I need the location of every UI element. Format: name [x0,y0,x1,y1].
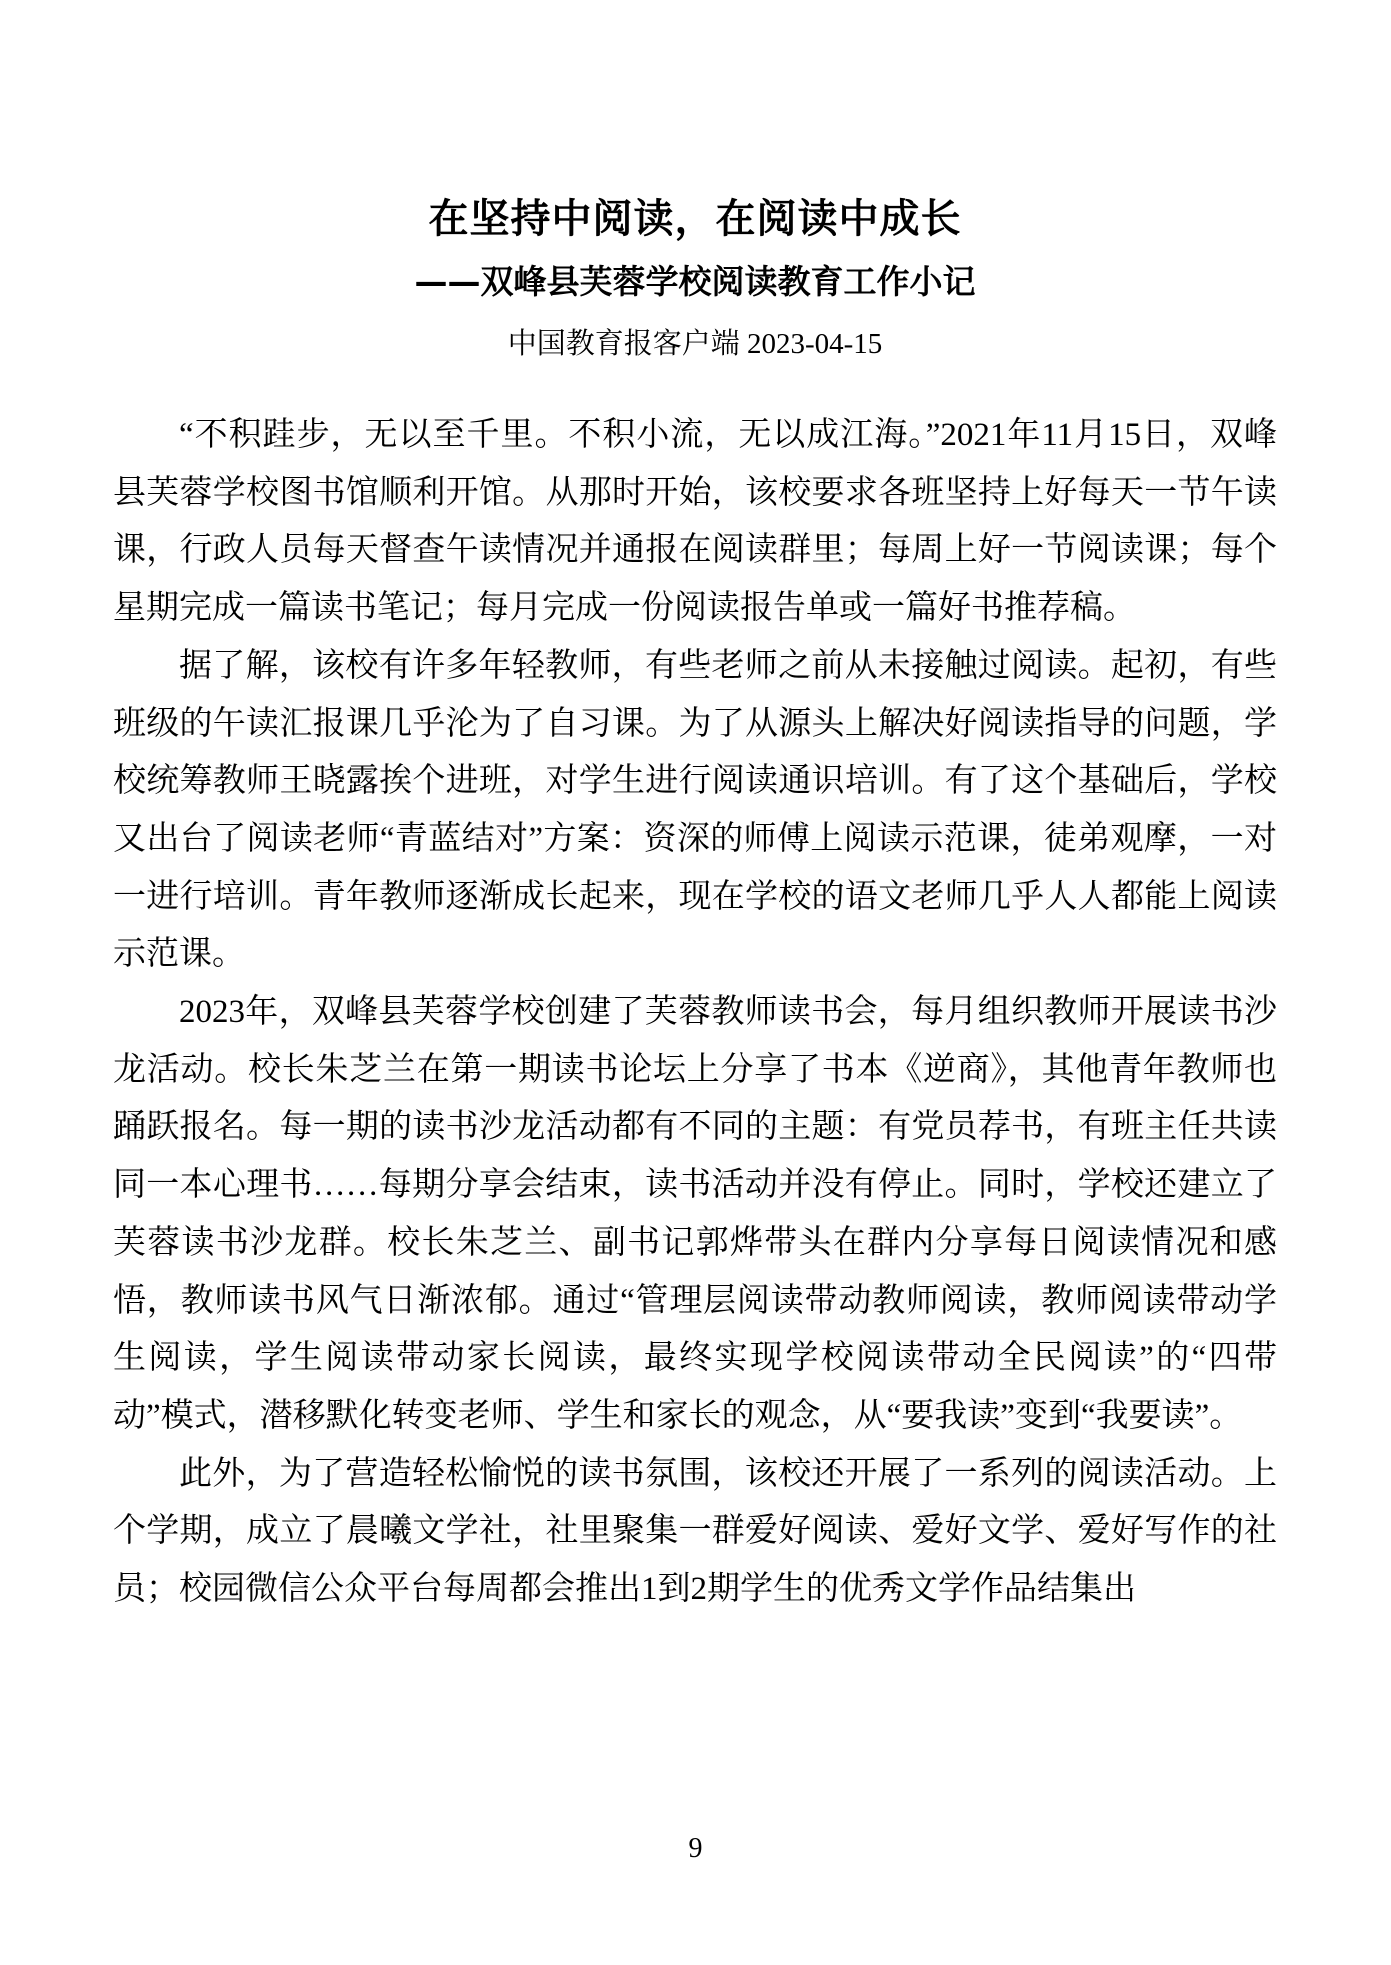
paragraph: 此外，为了营造轻松愉悦的读书氛围，该校还开展了一系列的阅读活动。上个学期，成立了… [113,1446,1277,1619]
document-page: 在坚持中阅读，在阅读中成长 ——双峰县芙蓉学校阅读教育工作小记 中国教育报客户端… [0,0,1391,1965]
article-body: “不积跬步，无以至千里。不积小流，无以成江海。”2021年11月15日，双峰县芙… [113,407,1277,1619]
paragraph: 2023年，双峰县芙蓉学校创建了芙蓉教师读书会，每月组织教师开展读书沙龙活动。校… [113,984,1277,1446]
paragraph: “不积跬步，无以至千里。不积小流，无以成江海。”2021年11月15日，双峰县芙… [113,407,1277,638]
document-title: 在坚持中阅读，在阅读中成长 [113,196,1277,242]
page-content: 在坚持中阅读，在阅读中成长 ——双峰县芙蓉学校阅读教育工作小记 中国教育报客户端… [0,0,1391,1619]
byline-source-date: 中国教育报客户端 2023-04-15 [113,328,1277,360]
page-number: 9 [0,1833,1391,1865]
document-subtitle: ——双峰县芙蓉学校阅读教育工作小记 [113,264,1277,300]
paragraph: 据了解，该校有许多年轻教师，有些老师之前从未接触过阅读。起初，有些班级的午读汇报… [113,638,1277,984]
